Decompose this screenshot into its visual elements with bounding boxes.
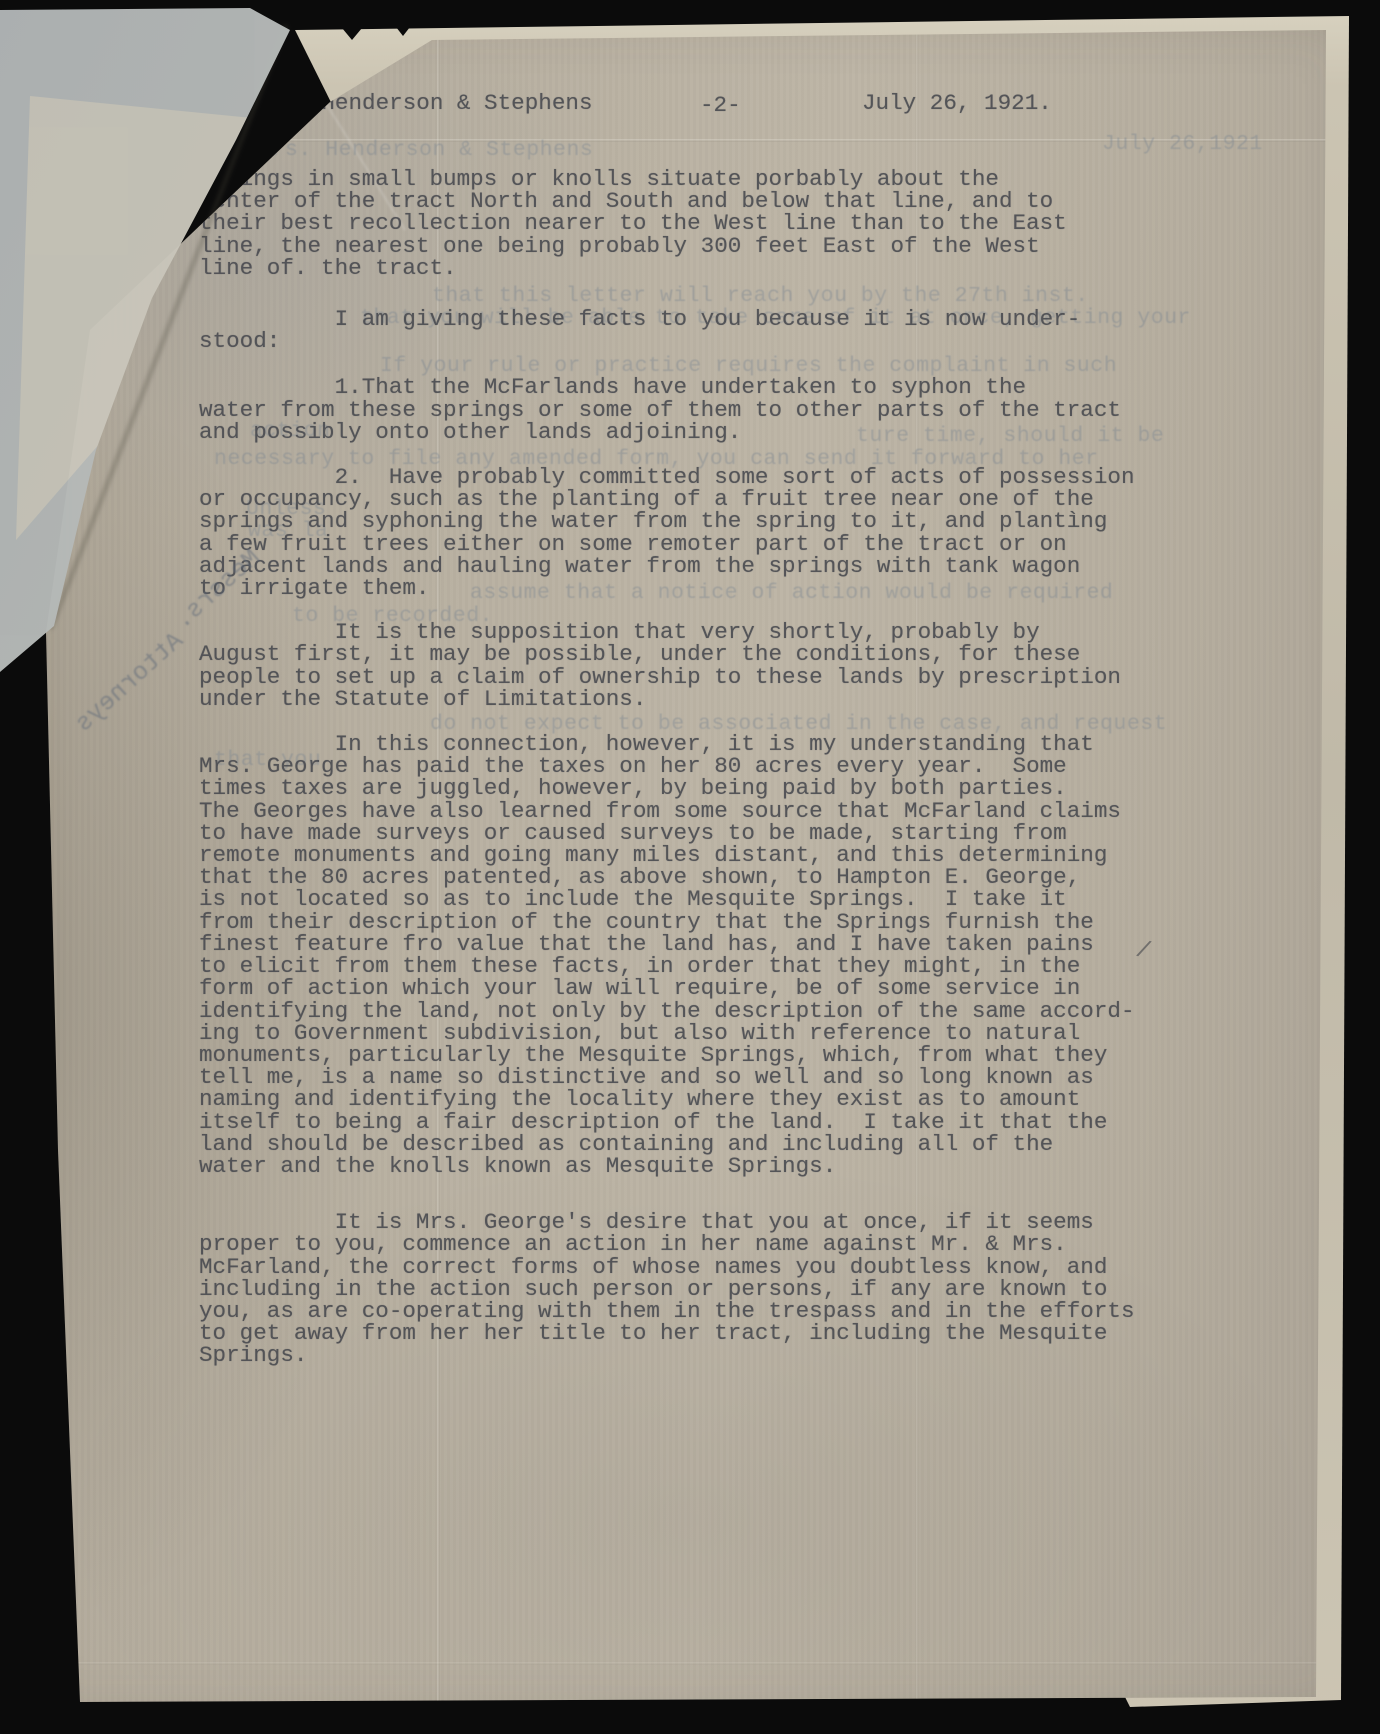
paragraph: It is Mrs. George's desire that you at o… (199, 1211, 1135, 1366)
header-addressee: ssrs. Henderson & Stephens (240, 92, 593, 114)
letter-sheet: Messrs. Henderson & StephensJuly 26,1921… (0, 0, 1380, 1734)
paragraph: It is the supposition that very shortly,… (199, 621, 1135, 710)
header-date: July 26, 1921. (862, 92, 1052, 114)
ghost-line: Messrs. Henderson & Stephens (218, 138, 593, 162)
letter-body: springs in small bumps or knolls situate… (199, 168, 1135, 1367)
paragraph: I am giving these facts to you because i… (199, 308, 1135, 352)
paragraph: In this connection, however, it is my un… (199, 733, 1135, 1177)
horizontal-fold-crease (0, 1662, 1380, 1665)
stray-pen-mark: / (1133, 937, 1154, 967)
paragraph: 1.That the McFarlands have undertaken to… (199, 376, 1135, 443)
ghost-line: July 26,1921 (1102, 132, 1263, 156)
paragraph: springs in small bumps or knolls situate… (199, 168, 1135, 279)
scanned-letter-page: Messrs. Henderson & StephensJuly 26,1921… (0, 0, 1380, 1734)
paragraph: 2. Have probably committed some sort of … (199, 466, 1135, 599)
header-page-number: -2- (700, 94, 741, 116)
